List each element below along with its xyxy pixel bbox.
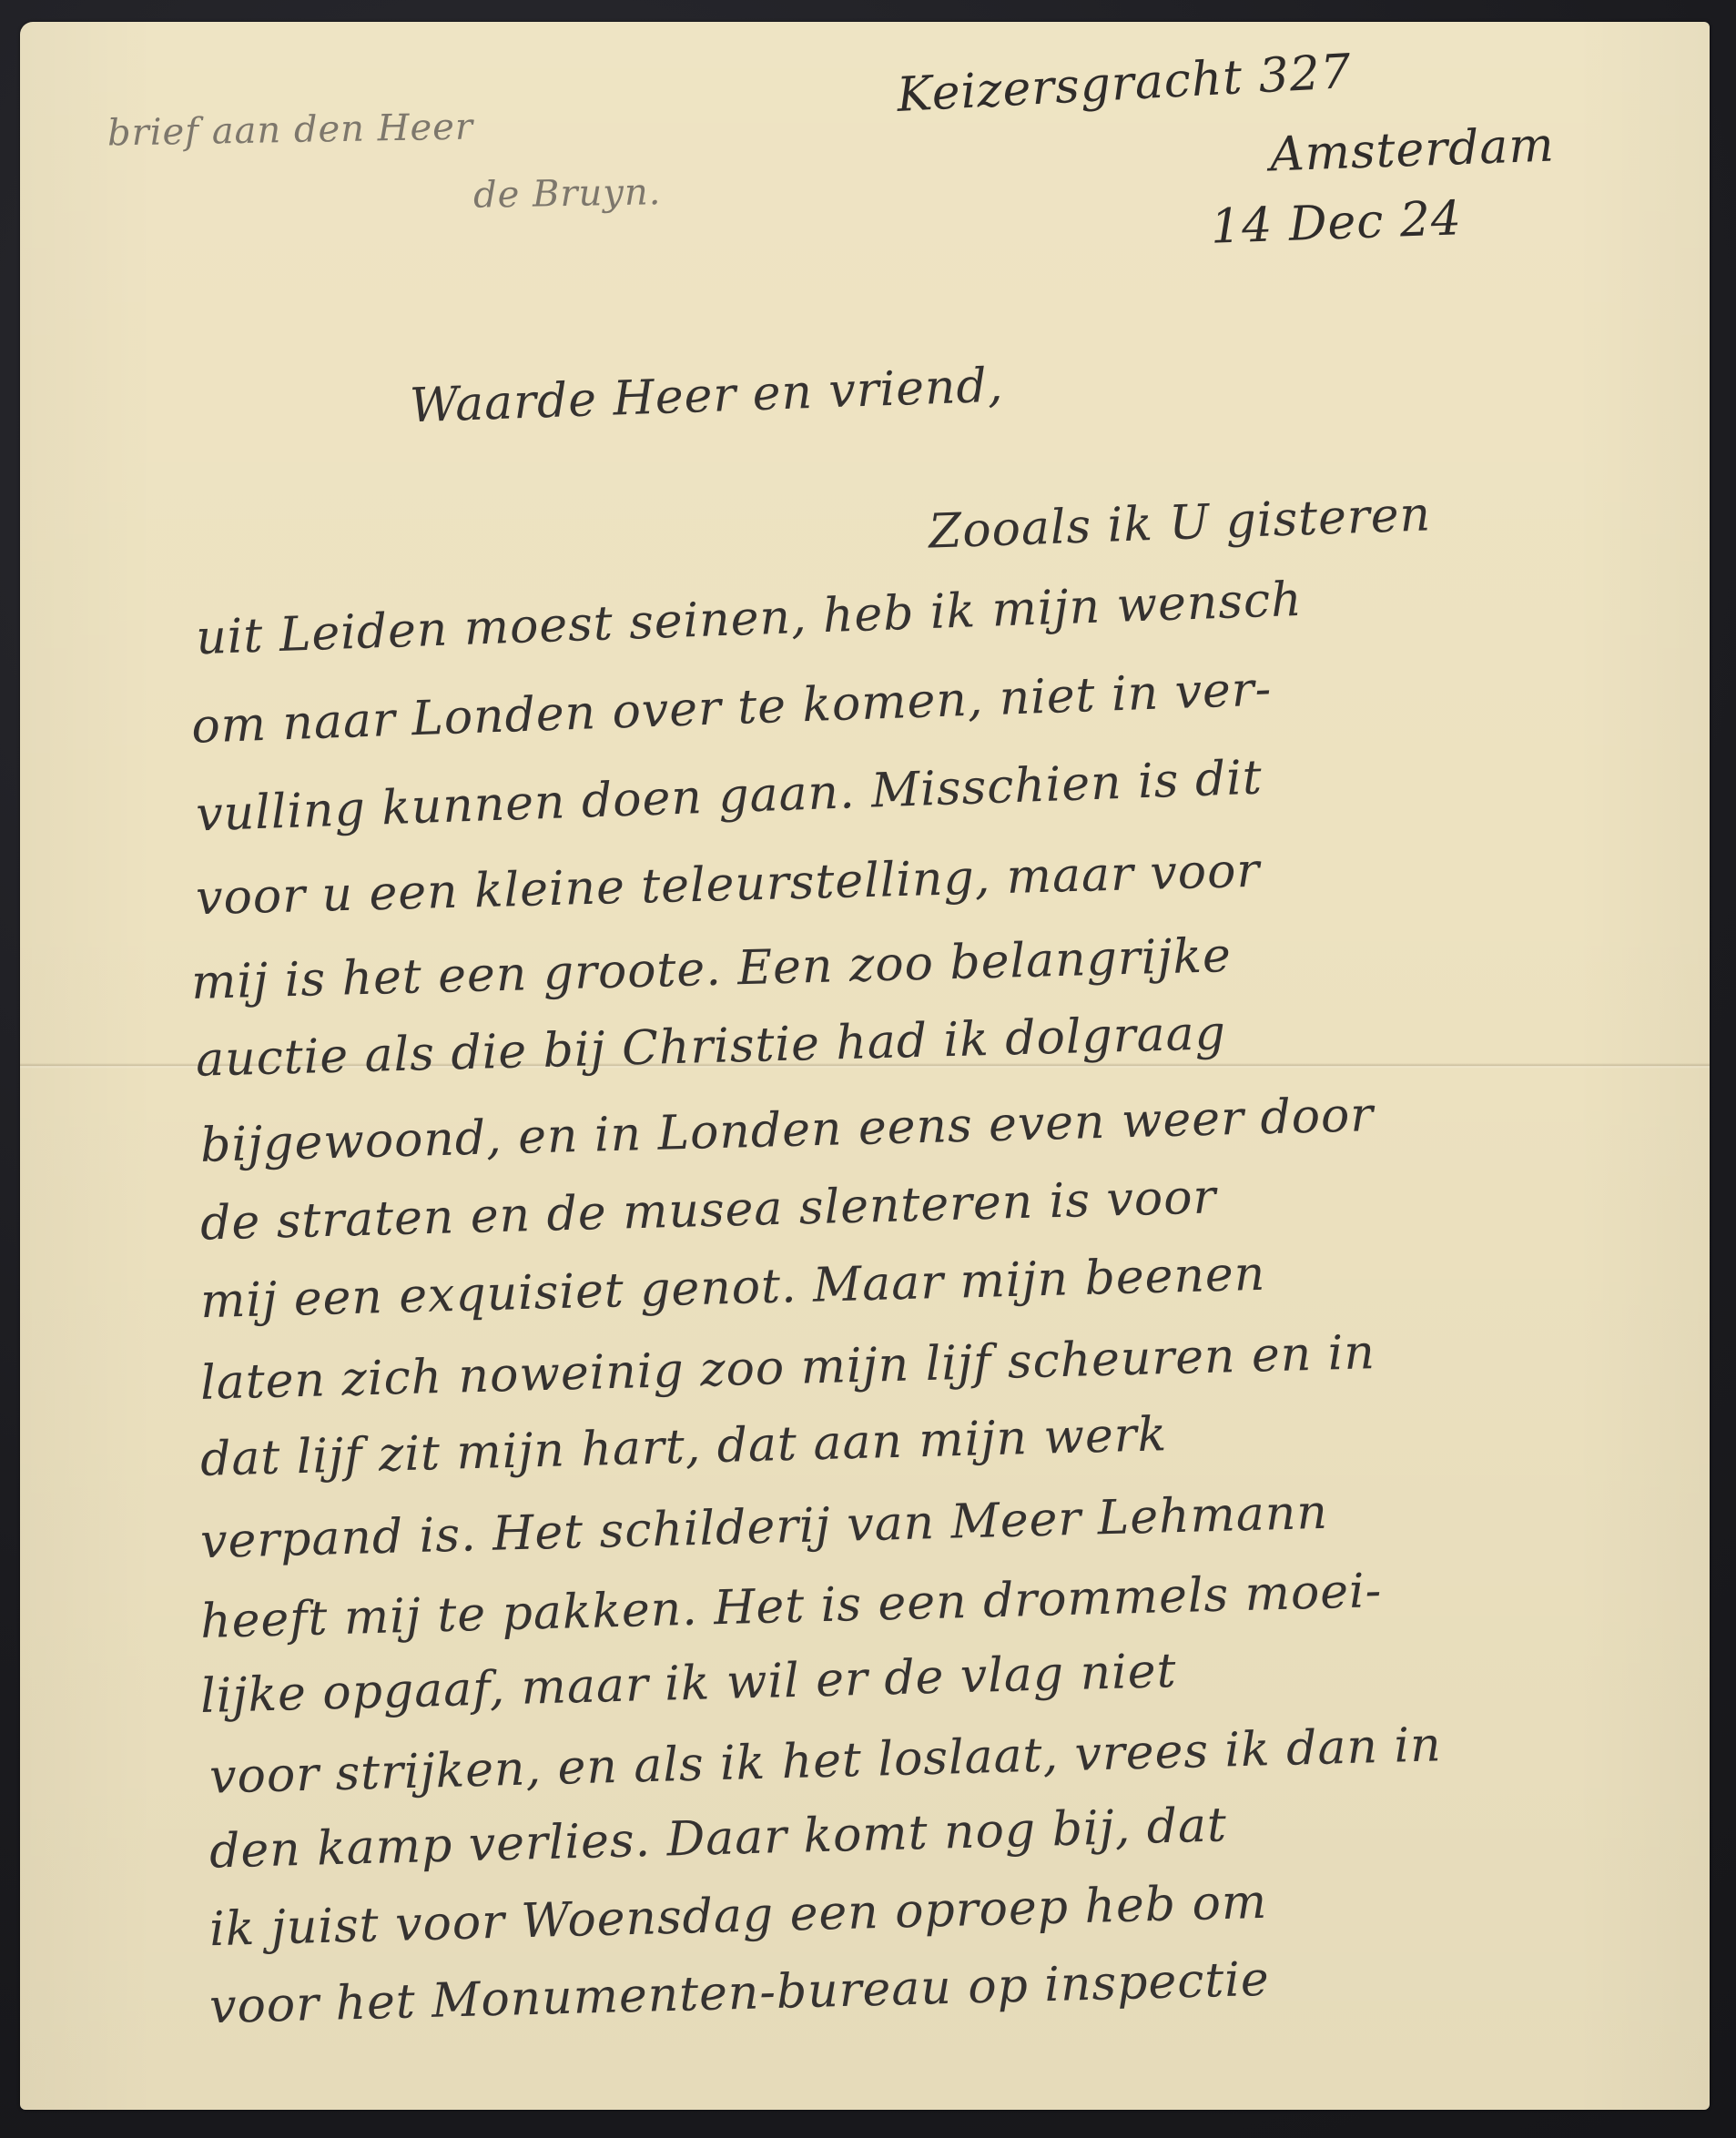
sender-city: Amsterdam xyxy=(1269,118,1556,183)
pencil-annotation-line-2: de Bruyn. xyxy=(473,171,662,217)
letter-date: 14 Dec 24 xyxy=(1210,191,1463,255)
pencil-annotation-line-1: brief aan den Heer xyxy=(107,106,474,154)
